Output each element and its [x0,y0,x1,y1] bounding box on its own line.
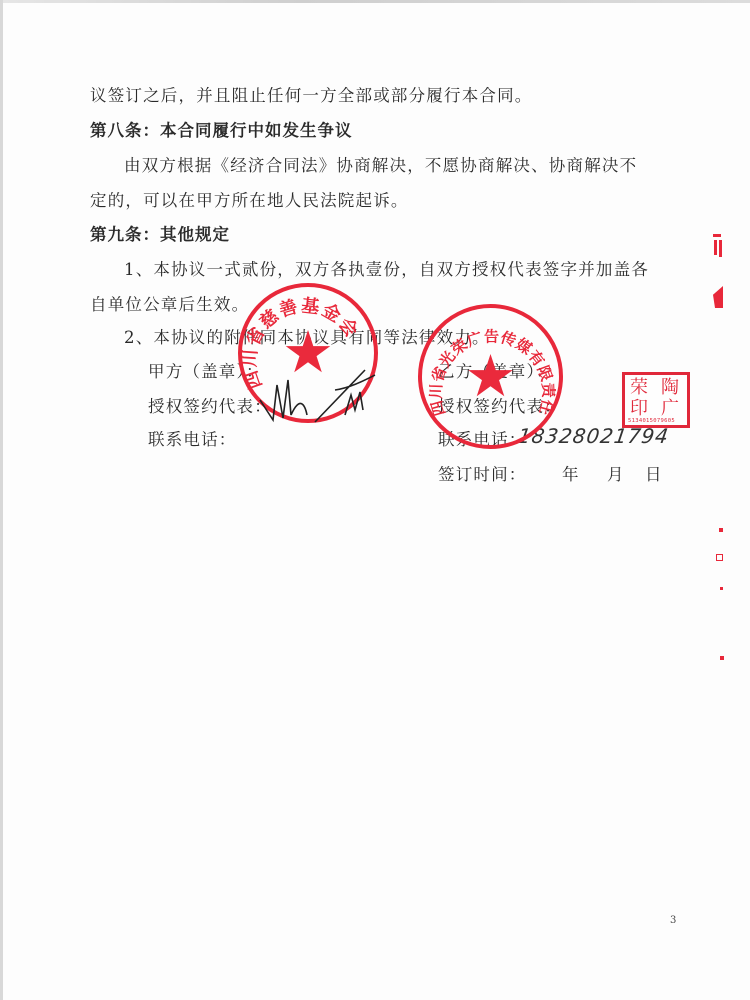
party-b-seal-star-icon: ★ [465,346,517,404]
square-seal-char-2: 陶 [661,379,679,397]
party-a-phone-label: 联系电话： [148,430,237,450]
scan-top-edge [0,0,750,3]
square-seal-code: 5134015079605 [628,418,675,424]
article-8-body-line-1: 由双方根据《经济合同法》协商解决，不愿协商解决、协商解决不 [124,156,637,176]
article-9-item-1-line-2: 自单位公章后生效。 [90,295,249,315]
edge-seal-fragment [716,554,723,561]
square-seal-char-3: 印 [630,400,648,418]
paragraph-continuation: 议签订之后，并且阻止任何一方全部或部分履行本合同。 [90,86,533,106]
date-month-label: 月 [607,465,625,485]
edge-seal-fragment [713,286,723,308]
article-8-body-line-2: 定的，可以在甲方所在地人民法院起诉。 [90,191,409,211]
article-9-title: 第九条：其他规定 [90,225,230,245]
edge-seal-fragment [720,656,724,660]
square-seal-char-1: 荣 [630,379,648,397]
square-seal-char-4: 广 [661,400,679,418]
article-8-title: 第八条：本合同履行中如发生争议 [90,121,353,141]
party-a-signature [255,360,385,430]
party-b-round-seal: 四川省光荣广告传媒有限责任公司 ★ [418,304,563,449]
edge-seal-fragment [719,528,723,532]
edge-seal-fragment [713,234,721,237]
scan-left-edge [0,0,3,1000]
date-year-label: 年 [562,465,580,485]
party-b-date-label: 签订时间： [438,465,527,485]
page-number: 3 [670,915,676,926]
edge-seal-fragment [714,240,717,255]
edge-seal-fragment [720,587,723,590]
article-9-item-1-line-1: 1、本协议一式贰份，双方各执壹份，自双方授权代表签字并加盖各 [124,260,649,280]
square-personal-seal: 荣 陶 印 广 5134015079605 [622,372,690,428]
date-day-label: 日 [645,465,663,485]
edge-seal-fragment [719,240,722,257]
